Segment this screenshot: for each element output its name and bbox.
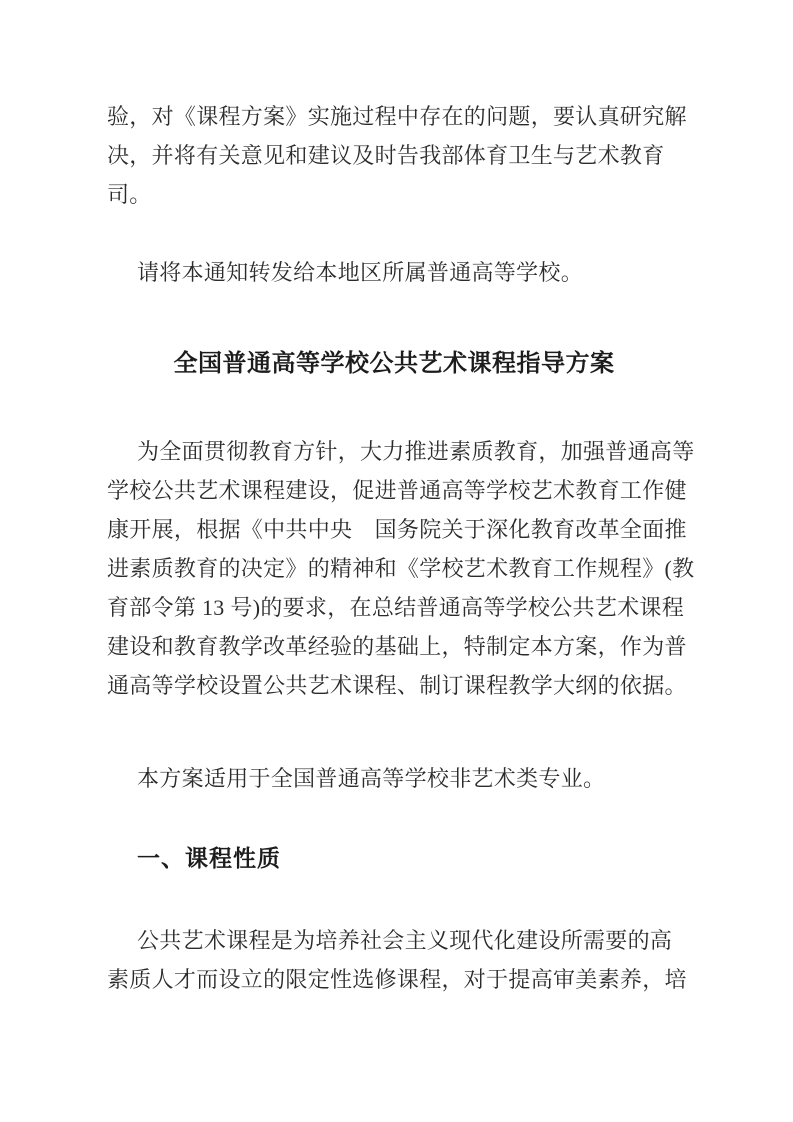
paragraph-course-nature: 公共艺术课程是为培养社会主义现代化建设所需要的高 素质人才而设立的限定性选修课程… (107, 921, 681, 999)
text-line: 进素质教育的决定》的精神和《学校艺术教育工作规程》(教 (107, 549, 681, 588)
paragraph-forward-notice: 请将本通知转发给本地区所属普通高等学校。 (107, 253, 681, 292)
section-heading-course-nature: 一、课程性质 (107, 839, 681, 879)
text-line: 素质人才而设立的限定性选修课程，对于提高审美素养，培 (107, 960, 681, 999)
text-line: 司。 (107, 175, 681, 214)
text-line: 育部令第 13 号)的要求，在总结普通高等学校公共艺术课程 (107, 588, 681, 627)
document-body: 验，对《课程方案》实施过程中存在的问题，要认真研究解 决，并将有关意见和建议及时… (107, 0, 681, 999)
document-page: 验，对《课程方案》实施过程中存在的问题，要认真研究解 决，并将有关意见和建议及时… (0, 0, 793, 1122)
text-line: 学校公共艺术课程建设，促进普通高等学校艺术教育工作健 (107, 471, 681, 510)
text-line: 通高等学校设置公共艺术课程、制订课程教学大纲的依据。 (107, 666, 681, 705)
paragraph-continuation: 验，对《课程方案》实施过程中存在的问题，要认真研究解 决，并将有关意见和建议及时… (107, 97, 681, 214)
text-line: 公共艺术课程是为培养社会主义现代化建设所需要的高 (107, 921, 681, 960)
text-line: 请将本通知转发给本地区所属普通高等学校。 (107, 253, 681, 292)
text-line: 决，并将有关意见和建议及时告我部体育卫生与艺术教育 (107, 136, 681, 175)
text-line: 建设和教育教学改革经验的基础上，特制定本方案，作为普 (107, 627, 681, 666)
paragraph-scope: 本方案适用于全国普通高等学校非艺术类专业。 (107, 759, 681, 798)
text-line: 验，对《课程方案》实施过程中存在的问题，要认真研究解 (107, 97, 681, 136)
text-line: 本方案适用于全国普通高等学校非艺术类专业。 (107, 759, 681, 798)
paragraph-preamble: 为全面贯彻教育方针，大力推进素质教育，加强普通高等 学校公共艺术课程建设，促进普… (107, 432, 681, 705)
text-line: 康开展，根据《中共中央 国务院关于深化教育改革全面推 (107, 510, 681, 549)
text-line: 为全面贯彻教育方针，大力推进素质教育，加强普通高等 (107, 432, 681, 471)
document-title: 全国普通高等学校公共艺术课程指导方案 (107, 344, 681, 384)
